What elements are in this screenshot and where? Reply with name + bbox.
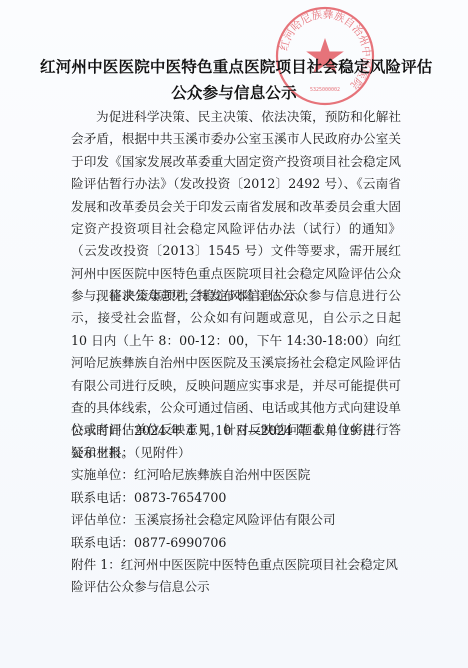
- field-implementer-phone: 联系电话：0873-7654700: [71, 487, 226, 509]
- field-assessor-phone: 联系电话：0877-6990706: [71, 532, 226, 554]
- field-period: 公示时间：2024 年 4 月 10 日—2024 年 4 月 19 日: [71, 420, 374, 442]
- paragraph-purpose: 为促进科学决策、民主决策、依法决策，预防和化解社会矛盾，根据中共玉溪市委办公室玉…: [71, 106, 401, 308]
- document-title-line2: 公众参与信息公示: [40, 81, 428, 103]
- field-assessor: 评估单位：玉溪宸扬社会稳定风险评估有限公司: [71, 509, 335, 531]
- attachment-note: 附件 1：红河州中医医院中医特色重点医院项目社会稳定风险评估公众参与信息公示: [71, 554, 401, 599]
- document-page: 红河哈尼族彝族自治州中医医院 5325000002 红河州中医医院中医特色重点医…: [0, 0, 468, 668]
- document-title-line1: 红河州中医医院中医特色重点医院项目社会稳定风险评估: [40, 55, 428, 77]
- field-implementer: 实施单位：红河哈尼族彝族自治州中医医院: [71, 464, 310, 486]
- field-materials: 公示材料：（见附件）: [71, 442, 191, 464]
